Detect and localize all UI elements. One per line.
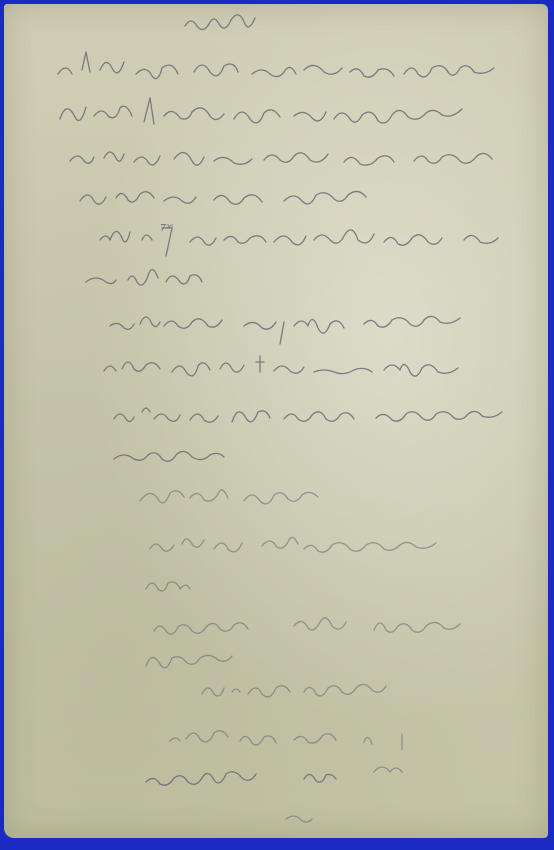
time-fragment: 7³⁶ bbox=[160, 224, 173, 234]
postcard: 7³⁶ bbox=[4, 4, 548, 838]
handwriting-strokes bbox=[4, 4, 548, 838]
